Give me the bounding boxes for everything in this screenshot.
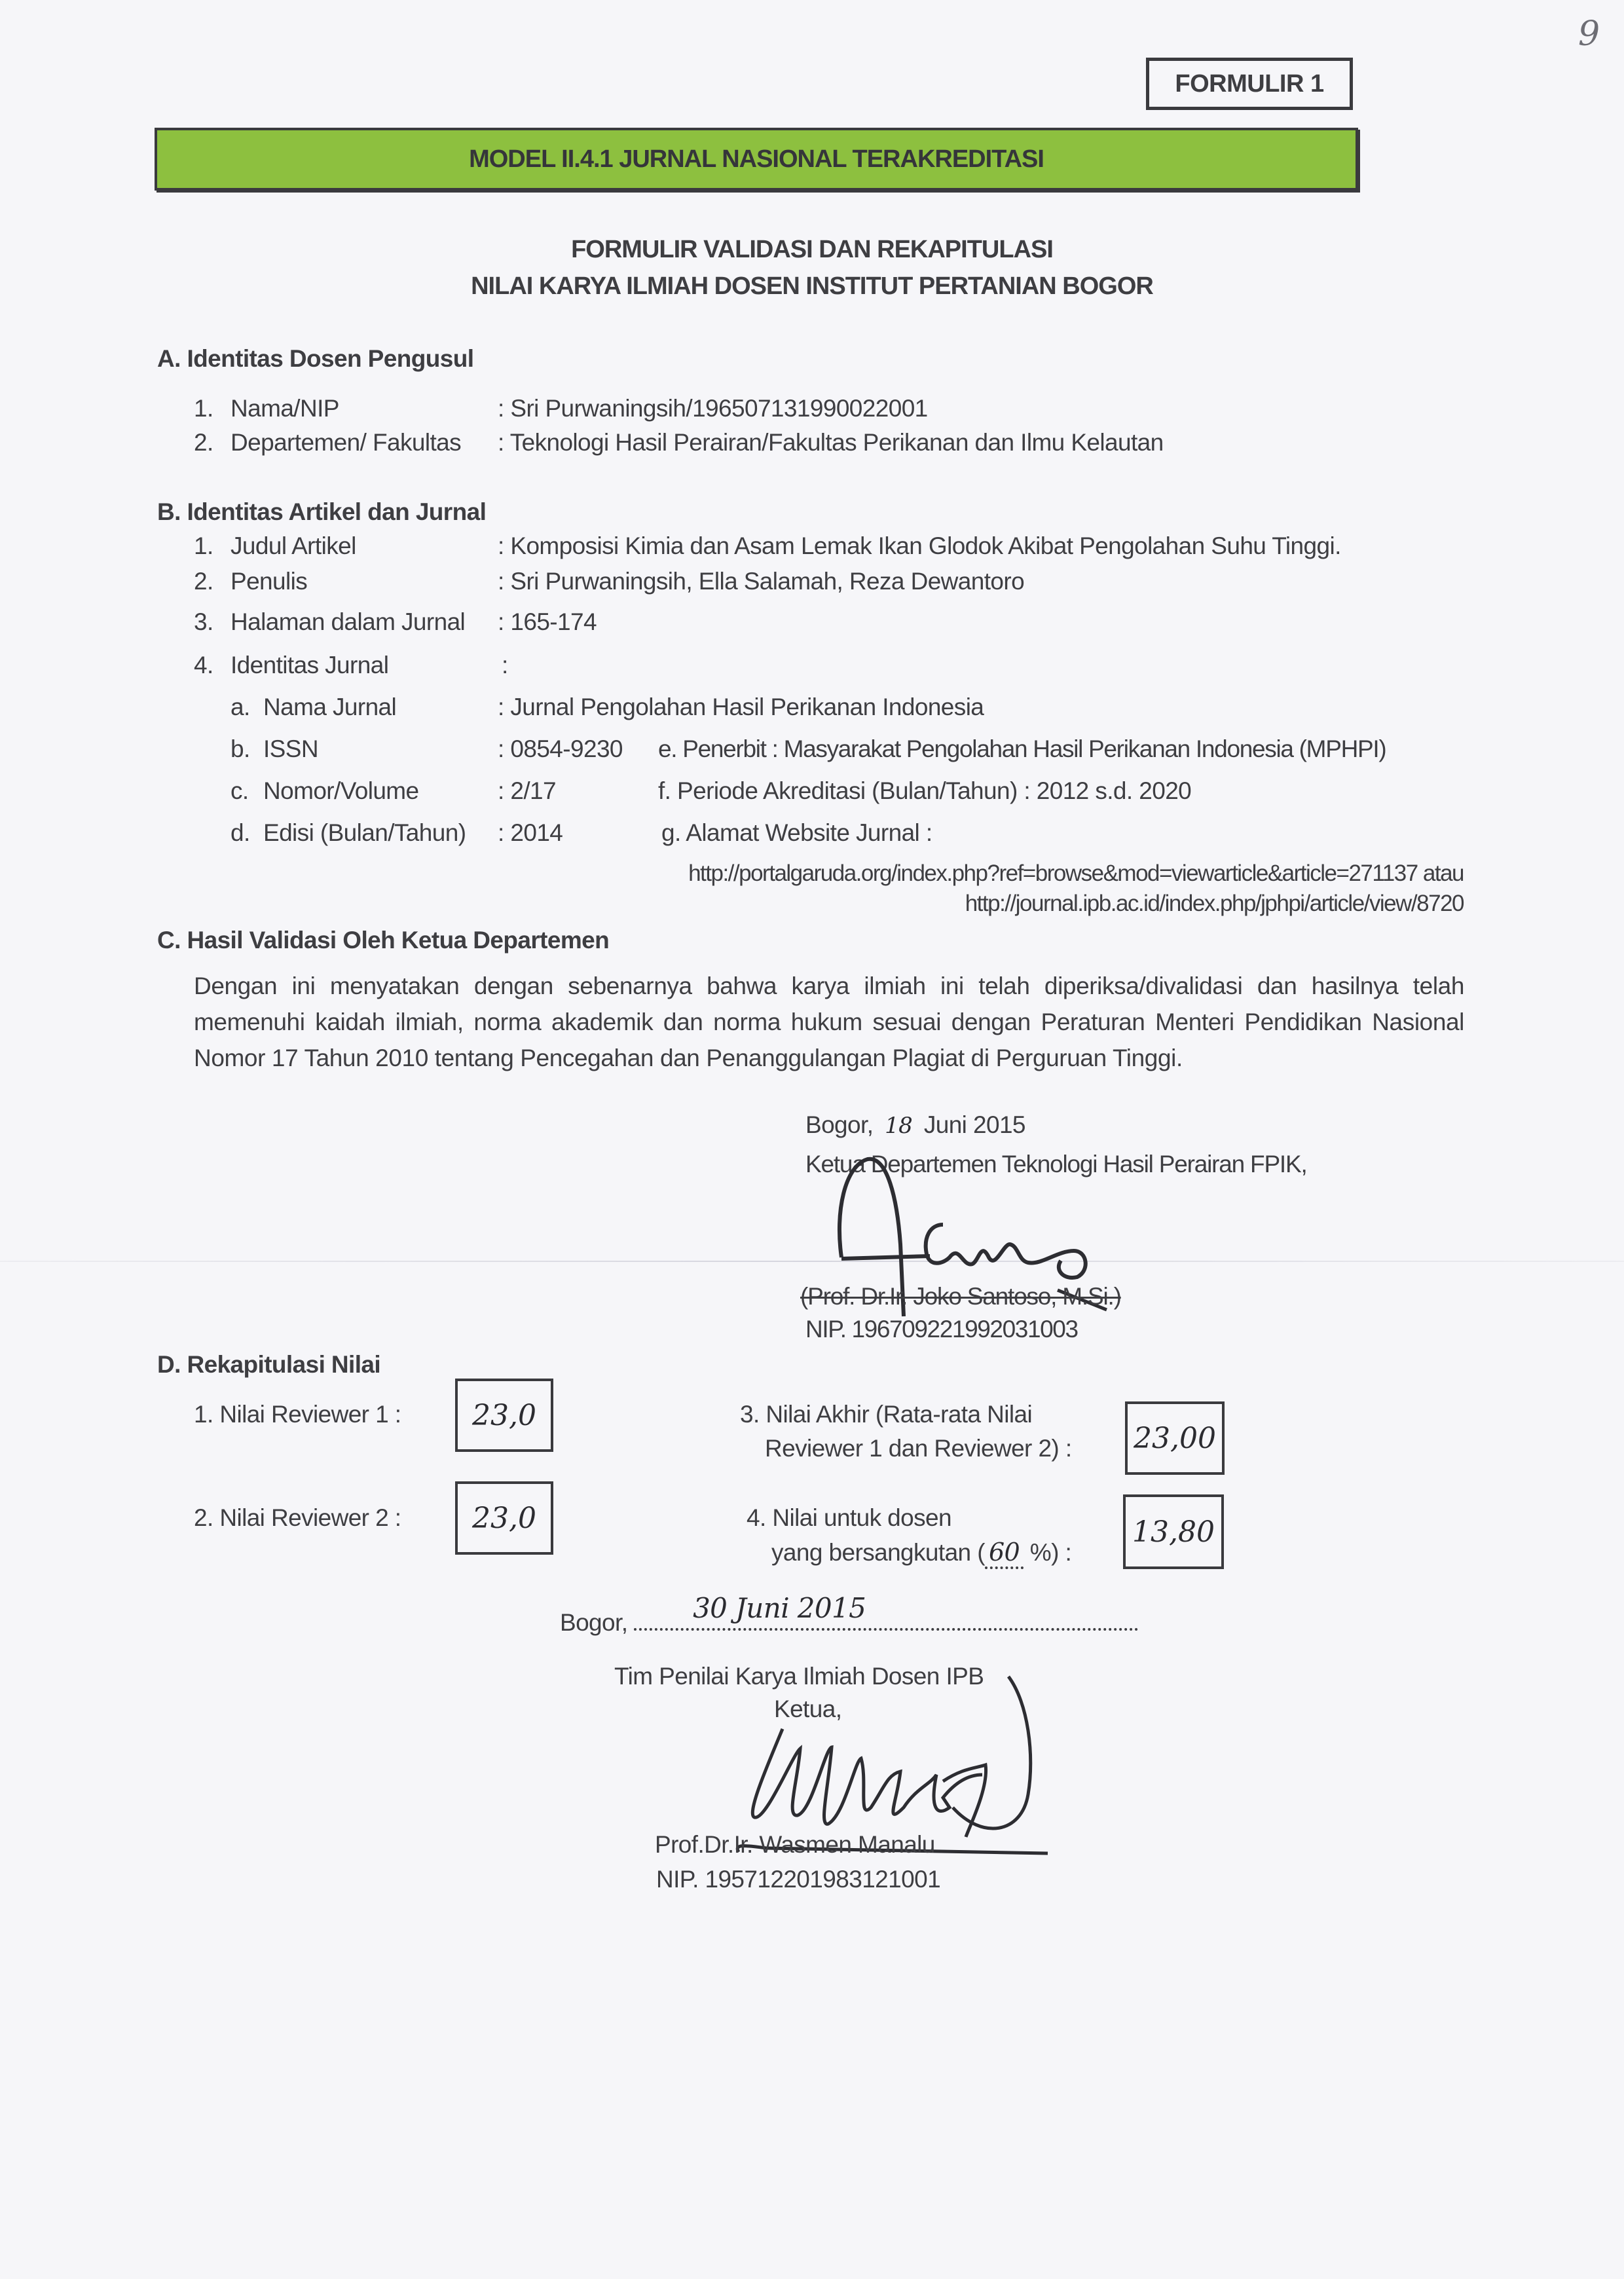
document-title-line1: FORMULIR VALIDASI DAN REKAPITULASI: [0, 236, 1624, 264]
item-value: :: [502, 651, 508, 680]
assessment-date-place: Bogor,: [560, 1609, 627, 1636]
reviewer2-label: 2. Nilai Reviewer 2 :: [194, 1504, 401, 1532]
section-b-heading: B. Identitas Artikel dan Jurnal: [157, 498, 486, 527]
validation-date: Bogor, 18 Juni 2015: [805, 1111, 1025, 1140]
final-score-label-line1: 3. Nilai Akhir (Rata-rata Nilai: [740, 1400, 1032, 1429]
date-day-handwritten: 18: [885, 1113, 912, 1139]
lecturer-score-box[interactable]: 13,80: [1123, 1494, 1224, 1569]
item-number: 1.: [194, 394, 213, 423]
assessment-date-line[interactable]: 30 Juni 2015: [634, 1603, 1138, 1631]
item-label: ISSN: [263, 735, 318, 764]
item-number: 1.: [194, 532, 213, 561]
item-letter: c.: [231, 777, 249, 806]
team-head-name: Prof.Dr.Ir. Wasmen Manalu: [655, 1830, 935, 1859]
item-number: 3.: [194, 608, 213, 637]
section-a-heading: A. Identitas Dosen Pengusul: [157, 344, 473, 373]
accreditation-period-field: f. Periode Akreditasi (Bulan/Tahun) : 20…: [658, 777, 1191, 806]
item-label: Judul Artikel: [231, 532, 356, 561]
item-number: 2.: [194, 428, 213, 457]
item-value: : Teknologi Hasil Perairan/Fakultas Peri…: [498, 428, 1164, 457]
section-d-heading: D. Rekapitulasi Nilai: [157, 1350, 380, 1379]
item-label: Departemen/ Fakultas: [231, 428, 461, 457]
lecturer-share-suffix: %) :: [1024, 1539, 1071, 1566]
section-c-heading: C. Hasil Validasi Oleh Ketua Departemen: [157, 926, 609, 955]
assessment-date-handwritten: 30 Juni 2015: [693, 1594, 866, 1623]
journal-url-2: http://journal.ipb.ac.id/index.php/jphpi…: [965, 889, 1464, 918]
item-label: Nomor/Volume: [263, 777, 419, 806]
item-value: : 2/17: [498, 777, 556, 806]
item-value: : 0854-9230: [498, 735, 623, 764]
item-label: Halaman dalam Jurnal: [231, 608, 465, 637]
assessment-date: Bogor, 30 Juni 2015: [560, 1603, 1138, 1637]
reviewer1-score-box[interactable]: 23,0: [455, 1379, 553, 1452]
website-field-label: g. Alamat Website Jurnal :: [661, 819, 932, 847]
reviewer1-label: 1. Nilai Reviewer 1 :: [194, 1400, 401, 1429]
item-value: : 2014: [498, 819, 563, 847]
form-number-label: FORMULIR 1: [1146, 58, 1353, 110]
item-value: : 165-174: [498, 608, 597, 637]
document-title-line2: NILAI KARYA ILMIAH DOSEN INSTITUT PERTAN…: [0, 272, 1624, 301]
item-label: Nama Jurnal: [263, 693, 396, 722]
publisher-field: e. Penerbit : Masyarakat Pengolahan Hasi…: [658, 735, 1386, 764]
reviewer2-score-box[interactable]: 23,0: [455, 1481, 553, 1555]
page-number-handwritten: 9: [1578, 14, 1600, 54]
item-label: Edisi (Bulan/Tahun): [263, 819, 466, 847]
paper-fold-line: [0, 1261, 1624, 1262]
lecturer-score-label-line2: yang bersangkutan (60 %) :: [771, 1538, 1071, 1567]
item-label: Nama/NIP: [231, 394, 339, 423]
item-letter: b.: [231, 735, 250, 764]
lecturer-share-percent[interactable]: 60: [985, 1538, 1024, 1569]
item-value: : Jurnal Pengolahan Hasil Perikanan Indo…: [498, 693, 984, 722]
model-banner: MODEL II.4.1 JURNAL NASIONAL TERAKREDITA…: [155, 128, 1358, 191]
item-number: 2.: [194, 567, 213, 596]
item-letter: a.: [231, 693, 250, 722]
validation-statement: Dengan ini menyatakan dengan sebenarnya …: [194, 968, 1464, 1076]
item-value: : Sri Purwaningsih/196507131990022001: [498, 394, 928, 423]
lecturer-share-prefix: yang bersangkutan (: [771, 1539, 985, 1566]
journal-url-1: http://portalgaruda.org/index.php?ref=br…: [688, 859, 1464, 888]
department-head-nip: NIP. 196709221992031003: [805, 1315, 1078, 1344]
lecturer-score-label-line1: 4. Nilai untuk dosen: [747, 1504, 951, 1532]
item-label: Penulis: [231, 567, 307, 596]
final-score-box[interactable]: 23,00: [1125, 1401, 1225, 1475]
department-head-name: (Prof. Dr.Ir. Joko Santoso, M.Si.): [800, 1282, 1121, 1311]
team-head-nip: NIP. 195712201983121001: [656, 1865, 940, 1894]
item-label: Identitas Jurnal: [231, 651, 388, 680]
item-number: 4.: [194, 651, 213, 680]
item-value: : Komposisi Kimia dan Asam Lemak Ikan Gl…: [498, 532, 1341, 561]
item-value: : Sri Purwaningsih, Ella Salamah, Reza D…: [498, 567, 1024, 596]
date-place: Bogor,: [805, 1111, 873, 1138]
date-month-year: Juni 2015: [924, 1111, 1025, 1138]
item-letter: d.: [231, 819, 250, 847]
final-score-label-line2: Reviewer 1 dan Reviewer 2) :: [765, 1434, 1072, 1463]
